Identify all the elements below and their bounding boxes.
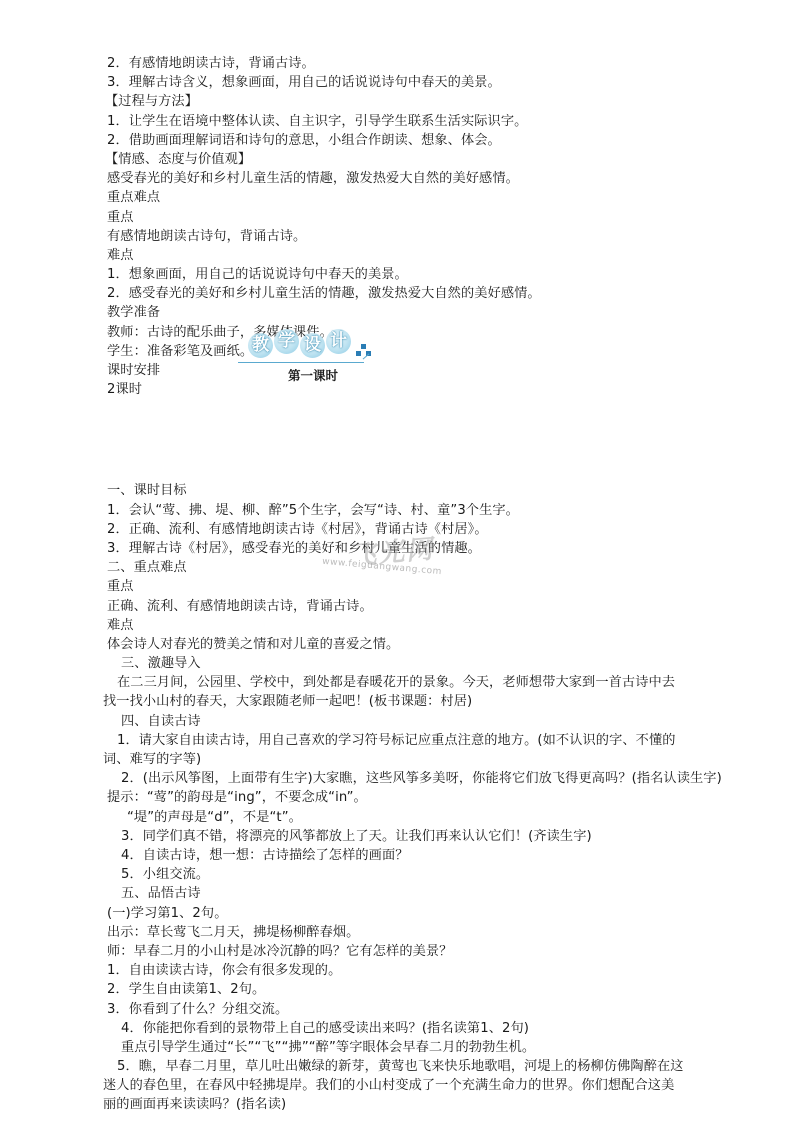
preparation-student: 学生：准备彩笔及画纸。: [107, 342, 685, 361]
step-item: 4．你能把你看到的景物带上自己的感受读出来吗？(指名读第1、2句): [107, 1019, 685, 1038]
label-key: 重点: [107, 208, 685, 227]
teacher-question: 师：早春二月的小山村是冰冷沉静的吗？它有怎样的美景？: [107, 942, 685, 961]
key-text: 正确、流利、有感情地朗读古诗，背诵古诗。: [107, 597, 685, 616]
difficult-line: 1．想象画面，用自己的话说说诗句中春天的美景。: [107, 265, 685, 284]
tip-line-2: “堤”的声母是“d”，不是“t”。: [107, 808, 685, 827]
self-read-step-4: 4．自读古诗，想一想：古诗描绘了怎样的画面？: [107, 846, 685, 865]
heading-preparation: 教学准备: [107, 303, 685, 322]
objective-line: 3．理解古诗含义，想象画面，用自己的话说说诗句中春天的美景。: [107, 73, 685, 92]
step-item: 1．自由读读古诗，你会有很多发现的。: [107, 961, 685, 980]
key-heading: 二、重点难点: [107, 558, 685, 577]
tip-line-1: 提示：“莺”的韵母是“ing”，不要念成“in”。: [107, 788, 685, 807]
goals-heading: 一、课时目标: [107, 481, 685, 500]
heading-key-difficult: 重点难点: [107, 188, 685, 207]
schedule-value: 2课时: [107, 380, 685, 399]
difficult-line: 2．感受春光的美好和乡村儿童生活的情趣，激发热爱大自然的美好感情。: [107, 284, 685, 303]
self-read-step-5: 5．小组交流。: [107, 865, 685, 884]
heading-schedule: 课时安排: [107, 361, 685, 380]
key-label: 重点: [107, 577, 685, 596]
step-5-paragraph: 5．瞧，早春二月里，草儿吐出嫩绿的新芽，黄莺也飞来快乐地歌唱，河堤上的杨柳仿佛陶…: [103, 1057, 685, 1115]
objective-line: 1．让学生在语境中整体认读、自主识字，引导学生联系生活实际识字。: [107, 112, 685, 131]
lesson-subtitle: 第一课时: [238, 366, 388, 384]
self-read-step-3: 3．同学们真不错，将漂亮的风筝都放上了天。让我们再来认认它们！(齐读生字): [107, 827, 685, 846]
poem-display-line: 出示：草长莺飞二月天，拂堤杨柳醉春烟。: [107, 923, 685, 942]
document-page: 2．有感情地朗读古诗，背诵古诗。 3．理解古诗含义，想象画面，用自己的话说说诗句…: [107, 54, 685, 1115]
objective-line: 感受春光的美好和乡村儿童生活的情趣，激发热爱大自然的美好感情。: [107, 169, 685, 188]
appreciate-heading: 五、品悟古诗: [107, 884, 685, 903]
objectives-continued: 2．有感情地朗读古诗，背诵古诗。 3．理解古诗含义，想象画面，用自己的话说说诗句…: [107, 54, 685, 399]
banner-char: 教: [248, 333, 273, 358]
step-item: 2．学生自由读第1、2句。: [107, 980, 685, 999]
banner-spacer: [107, 399, 685, 481]
section-heading-emotion: 【情感、态度与价值观】: [105, 150, 685, 169]
goal-item: 2．正确、流利、有感情地朗读古诗《村居》，背诵古诗《村居》。: [107, 520, 685, 539]
banner-char: 学: [274, 329, 299, 354]
lesson-design-banner: 教 学 设 计 第一课时: [238, 333, 388, 389]
key-text: 有感情地朗读古诗句，背诵古诗。: [107, 227, 685, 246]
difficult-label: 难点: [107, 616, 685, 635]
banner-char: 设: [300, 333, 325, 358]
self-read-heading: 四、自读古诗: [107, 712, 685, 731]
self-read-step-2: 2．(出示风筝图，上面带有生字)大家瞧，这些风筝多美呀，你能将它们放飞得更高吗？…: [107, 769, 685, 788]
objective-line: 2．借助画面理解词语和诗句的意思，小组合作朗读、想象、体会。: [107, 131, 685, 150]
sub-heading: (一)学习第1、2句。: [107, 904, 685, 923]
objective-line: 2．有感情地朗读古诗，背诵古诗。: [107, 54, 685, 73]
focus-text: 重点引导学生通过“长”“飞”“拂”“醉”等字眼体会早春二月的勃勃生机。: [107, 1038, 685, 1057]
self-read-step-1: 1．请大家自由读古诗，用自己喜欢的学习符号标记应重点注意的地方。(如不认识的字、…: [103, 731, 685, 769]
lesson-one: 一、课时目标 1．会认“莺、拂、堤、柳、醉”5个生字，会写“诗、村、童”3个生字…: [107, 481, 685, 1114]
intro-paragraph: 在二三月间，公园里、学校中，到处都是春暖花开的景象。今天，老师想带大家到一首古诗…: [103, 673, 685, 711]
goal-item: 1．会认“莺、拂、堤、柳、醉”5个生字，会写“诗、村、童”3个生字。: [107, 501, 685, 520]
goal-item: 3．理解古诗《村居》，感受春光的美好和乡村儿童生活的情趣。: [107, 539, 685, 558]
banner-char: 计: [326, 329, 351, 354]
banner-underline: [238, 362, 364, 363]
section-heading-process: 【过程与方法】: [105, 92, 685, 111]
step-item: 3．你看到了什么？分组交流。: [107, 1000, 685, 1019]
label-difficult: 难点: [107, 246, 685, 265]
preparation-teacher: 教师：古诗的配乐曲子，多媒体课件。: [107, 323, 685, 342]
difficult-text: 体会诗人对春光的赞美之情和对儿童的喜爱之情。: [107, 635, 685, 654]
intro-heading: 三、激趣导入: [107, 654, 685, 673]
